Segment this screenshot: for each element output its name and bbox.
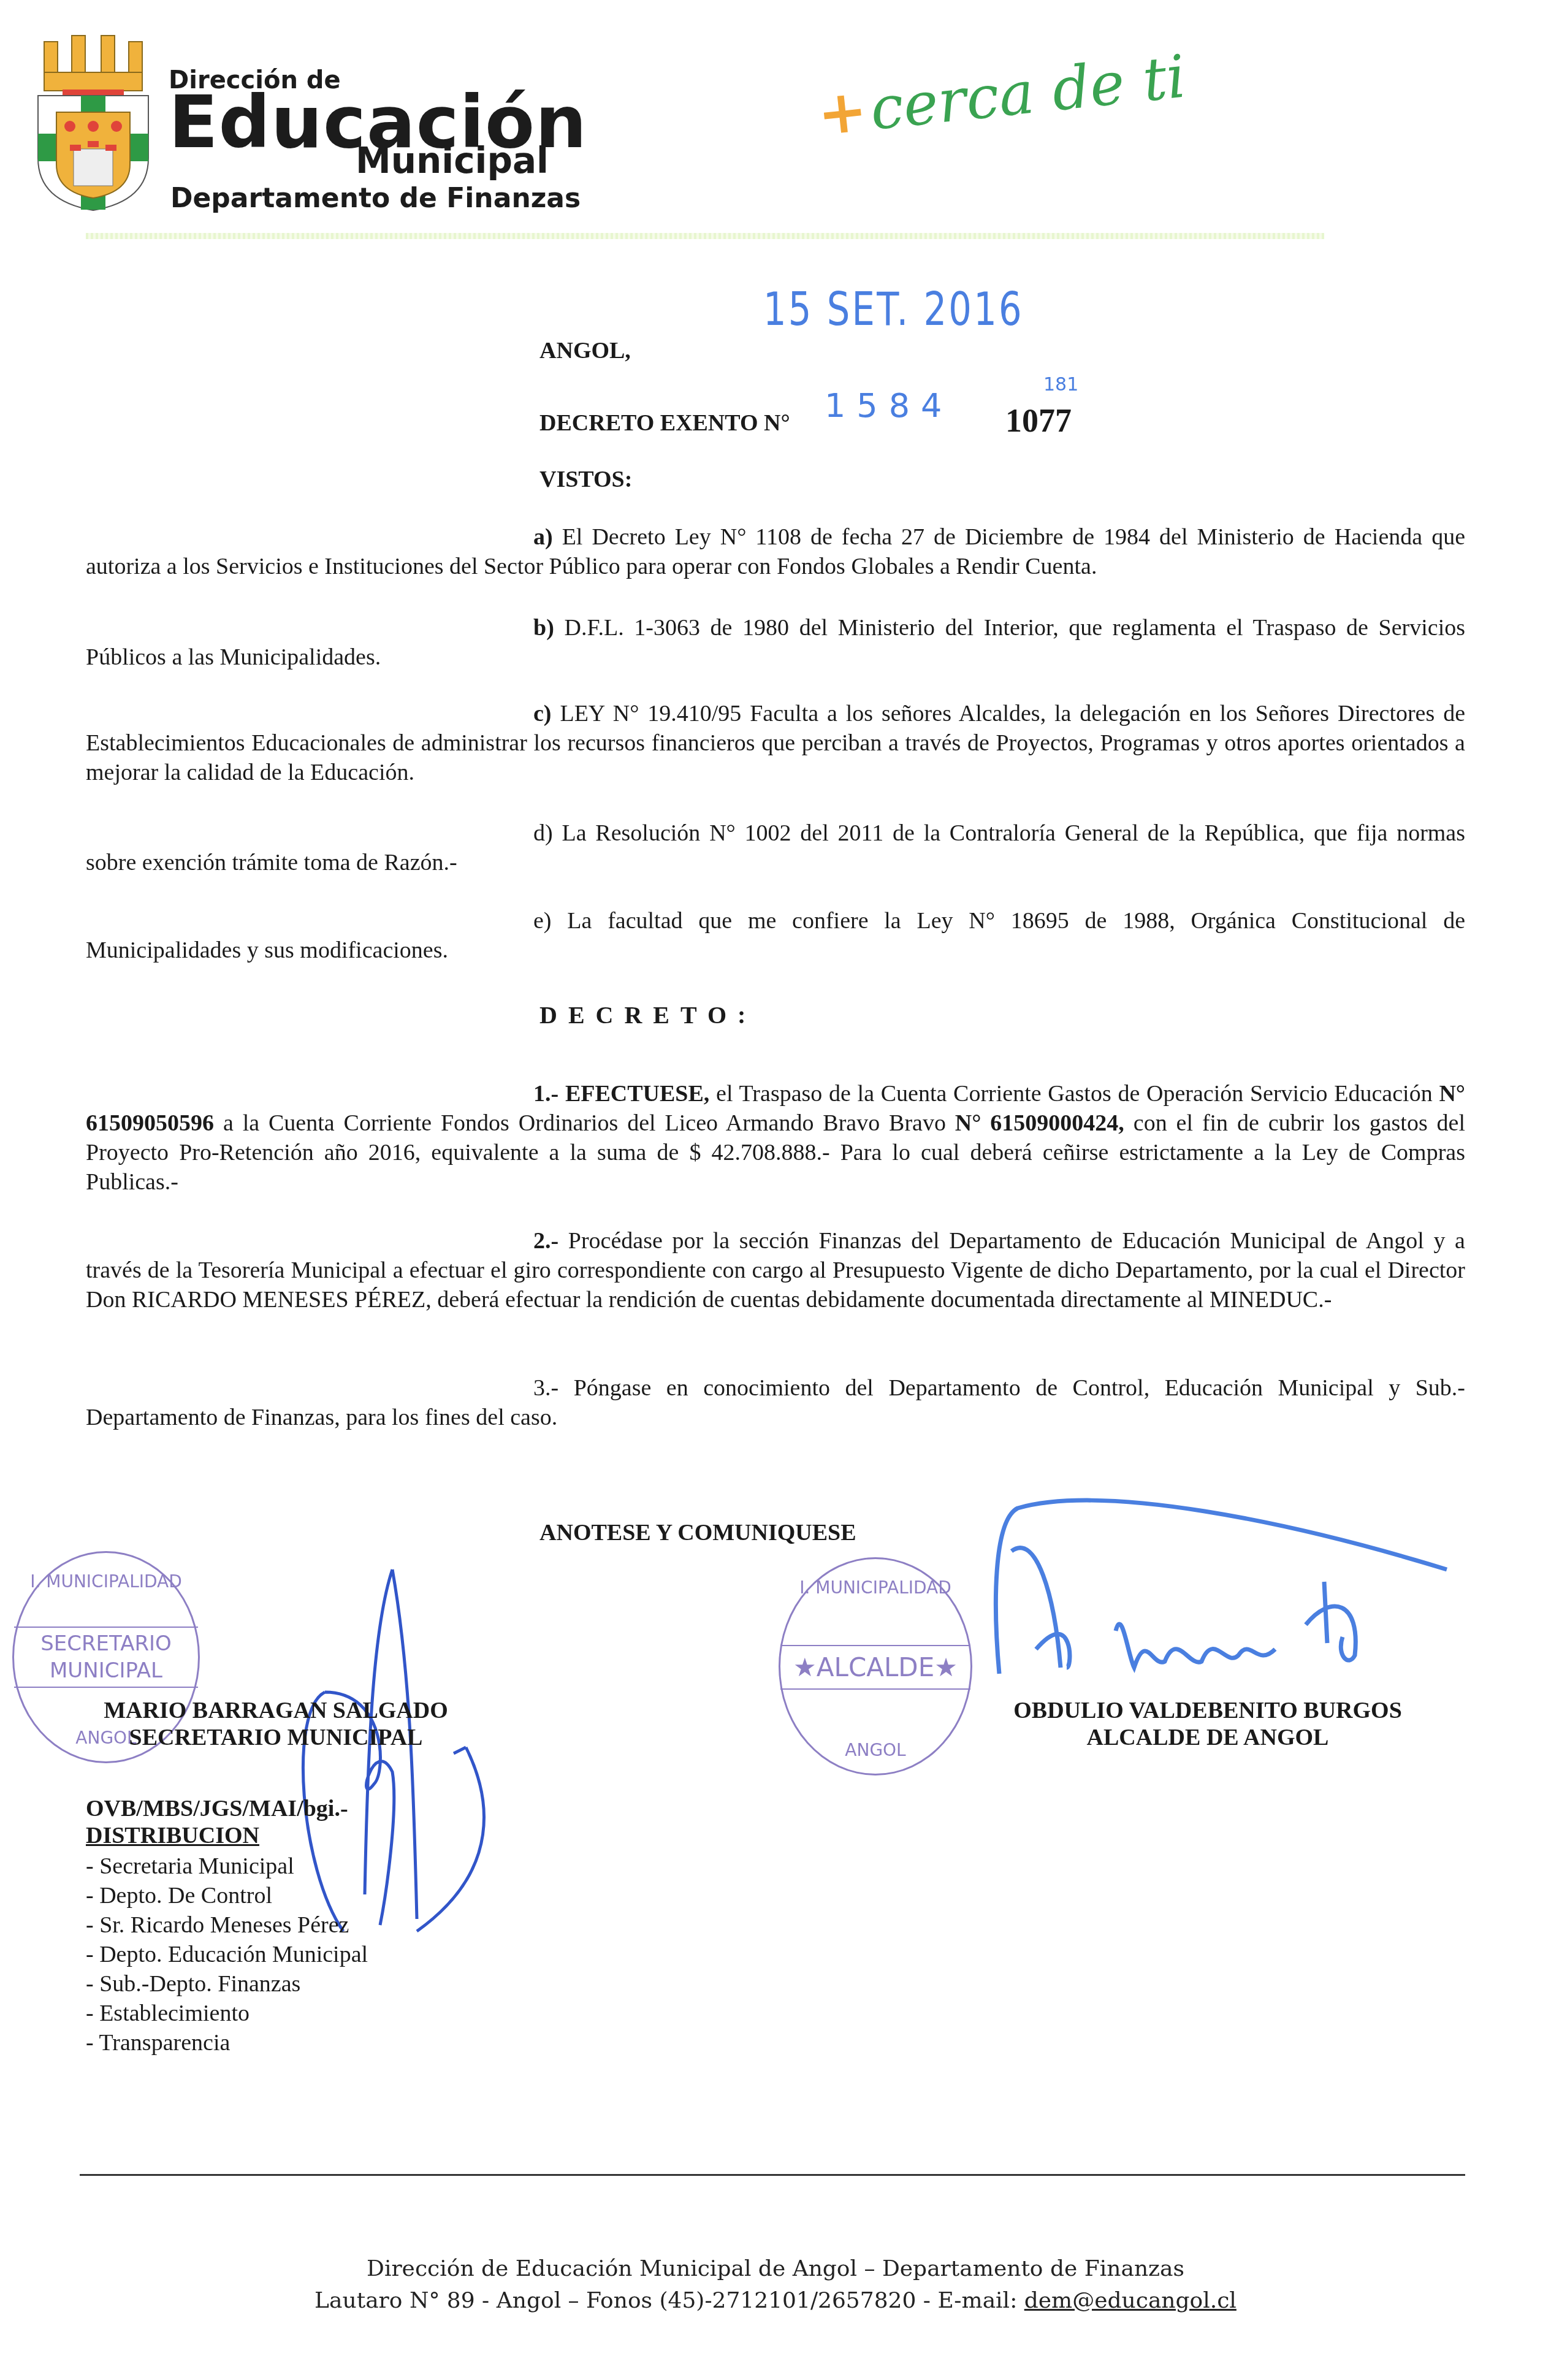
alcalde-signature-block: OBDULIO VALDEBENITO BURGOS ALCALDE DE AN… [981,1697,1435,1751]
visto-d: d) La Resolución N° 1002 del 2011 de la … [86,818,1465,877]
decree-number: 1077 [1005,402,1072,440]
letterhead-municipal: Municipal [356,140,549,181]
secretario-title: SECRETARIO MUNICIPAL [61,1724,490,1751]
visto-a: a) El Decreto Ley N° 1108 de fecha 27 de… [86,522,1465,581]
article-3: 3.- Póngase en conocimiento del Departam… [86,1373,1465,1432]
distribution-list: - Secretaria Municipal - Depto. De Contr… [86,1852,368,2058]
municipal-crest-logo [32,29,154,213]
number-stamp: 1584 [825,386,953,425]
alcalde-signature [981,1484,1459,1680]
letterhead-departamento: Departamento de Finanzas [170,183,581,214]
closing-formula: ANOTESE Y COMUNIQUESE [539,1519,856,1546]
distribution-item: - Establecimiento [86,1999,368,2028]
alcalde-name: OBDULIO VALDEBENITO BURGOS [981,1697,1435,1724]
number-stamp-small: 181 [1043,374,1078,395]
reference-initials: OVB/MBS/JGS/MAI/bgi.- [86,1795,348,1822]
article-2: 2.- Procédase por la sección Finanzas de… [86,1226,1465,1314]
visto-e: e) La facultad que me confiere la Ley N°… [86,906,1465,965]
alcalde-title: ALCALDE DE ANGOL [981,1724,1435,1751]
place: ANGOL, [539,337,631,364]
alcalde-seal: I. MUNICIPALIDAD ★ALCALDE★ ANGOL [779,1557,972,1775]
plus-icon: + [814,75,871,149]
decree-label: DECRETO EXENTO N° [539,410,790,437]
footer-email-link[interactable]: dem@educangol.cl [1024,2288,1237,2313]
visto-c: c) LEY N° 19.410/95 Faculta a los señore… [86,699,1465,787]
secretario-signature-block: MARIO BARRAGAN SALGADO SECRETARIO MUNICI… [61,1697,490,1751]
distribution-item: - Sr. Ricardo Meneses Pérez [86,1910,368,1940]
distribution-item: - Sub.-Depto. Finanzas [86,1969,368,1999]
footer-divider [80,2174,1465,2176]
distribution-item: - Depto. De Control [86,1881,368,1910]
footer-org: Dirección de Educación Municipal de Ango… [0,2256,1551,2281]
footer-contact: Lautaro N° 89 - Angol – Fonos (45)-27121… [0,2288,1551,2313]
date-stamp: 15 SET. 2016 [763,283,1024,336]
visto-b: b) D.F.L. 1-3063 de 1980 del Ministerio … [86,613,1465,672]
decreto-title: DECRETO: [539,1001,756,1029]
distribution-item: - Depto. Educación Municipal [86,1940,368,1969]
article-1: 1.- EFECTUESE, el Traspaso de la Cuenta … [86,1079,1465,1197]
distribution-item: - Secretaria Municipal [86,1852,368,1881]
secretario-name: MARIO BARRAGAN SALGADO [61,1697,490,1724]
distribution-item: - Transparencia [86,2028,368,2058]
vistos-heading: VISTOS: [539,466,632,493]
slogan: +cerca de ti [814,42,1189,149]
header-divider [86,233,1324,239]
distribution-title: DISTRIBUCION [86,1822,259,1849]
slogan-text: cerca de ti [867,42,1189,143]
